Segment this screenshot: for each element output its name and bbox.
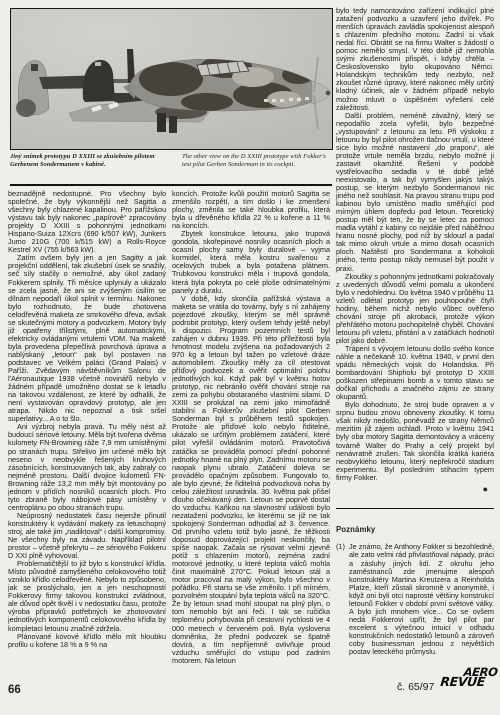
note-text: Je známo, že Anthony Fokker si bezohledn… xyxy=(349,543,494,656)
text-column-2: koncích. Protože kvůli použití motorů Sa… xyxy=(172,190,330,665)
paragraph: Bylo dohodnuto, že stroj bude opraven a … xyxy=(336,401,494,481)
magazine-page: Jiný snímek prototypu D XXIII se zkušebn… xyxy=(0,0,500,715)
photo-captions: Jiný snímek prototypu D XXIII se zkušebn… xyxy=(10,153,332,168)
paragraph: Zkoušky s pohonnými jednotkami pokračova… xyxy=(336,273,494,345)
gear-door xyxy=(169,116,177,133)
paragraph: Trápení s vývojem letounu došlo svého ko… xyxy=(336,345,494,401)
notes-divider-rule xyxy=(336,508,494,510)
paragraph: Plánované kovové křídlo mělo mít hloubku… xyxy=(8,633,166,649)
note-number: (1) xyxy=(336,543,349,656)
photo-figure xyxy=(10,8,333,150)
notes-heading: Poznámky xyxy=(336,526,494,534)
magazine-logo: AERO REVUE xyxy=(440,667,498,687)
aircraft-photo xyxy=(11,9,332,149)
gear-door xyxy=(157,113,166,132)
paragraph: Zbytek konstrukce letounu, jako trupová … xyxy=(172,230,330,294)
paragraph: Ani výzbroj nebyla pravá. Tu měly nést a… xyxy=(8,423,166,512)
caption-english: The other view on the D XXIII prototype … xyxy=(182,153,332,168)
caption-czech: Jiný snímek prototypu D XXIII se zkušebn… xyxy=(10,153,168,168)
end-of-article-bullet: ● xyxy=(336,485,494,494)
issue-number: č. 65/97 xyxy=(397,681,434,693)
paragraph: beznadějně nedostupné. Pro všechny bylo … xyxy=(8,190,166,254)
paragraph: Problematičtější to již bylo s konstrukc… xyxy=(8,560,166,632)
paragraph: Další problém, neméně závažný, který se … xyxy=(336,112,494,273)
page-number: 66 xyxy=(8,684,21,696)
note-item: (1) Je známo, že Anthony Fokker si bezoh… xyxy=(336,543,494,656)
paragraph: V době, kdy skončila pařížská výstava a … xyxy=(172,295,330,665)
paragraph: Neúprosný nedostatek času nejenže přinut… xyxy=(8,512,166,560)
text-column-1: beznadějně nedostupné. Pro všechny bylo … xyxy=(8,190,166,649)
paragraph: koncích. Protože kvůli použití motorů Sa… xyxy=(172,190,330,230)
paragraph: Zatím ovšem byly jen a jen Sagitty a jak… xyxy=(8,254,166,423)
caption-divider-rule xyxy=(10,184,332,186)
paragraph: bylo tedy namontováno zařízení indikujíc… xyxy=(336,7,494,112)
text-column-3: bylo tedy namontováno zařízení indikujíc… xyxy=(336,7,494,656)
